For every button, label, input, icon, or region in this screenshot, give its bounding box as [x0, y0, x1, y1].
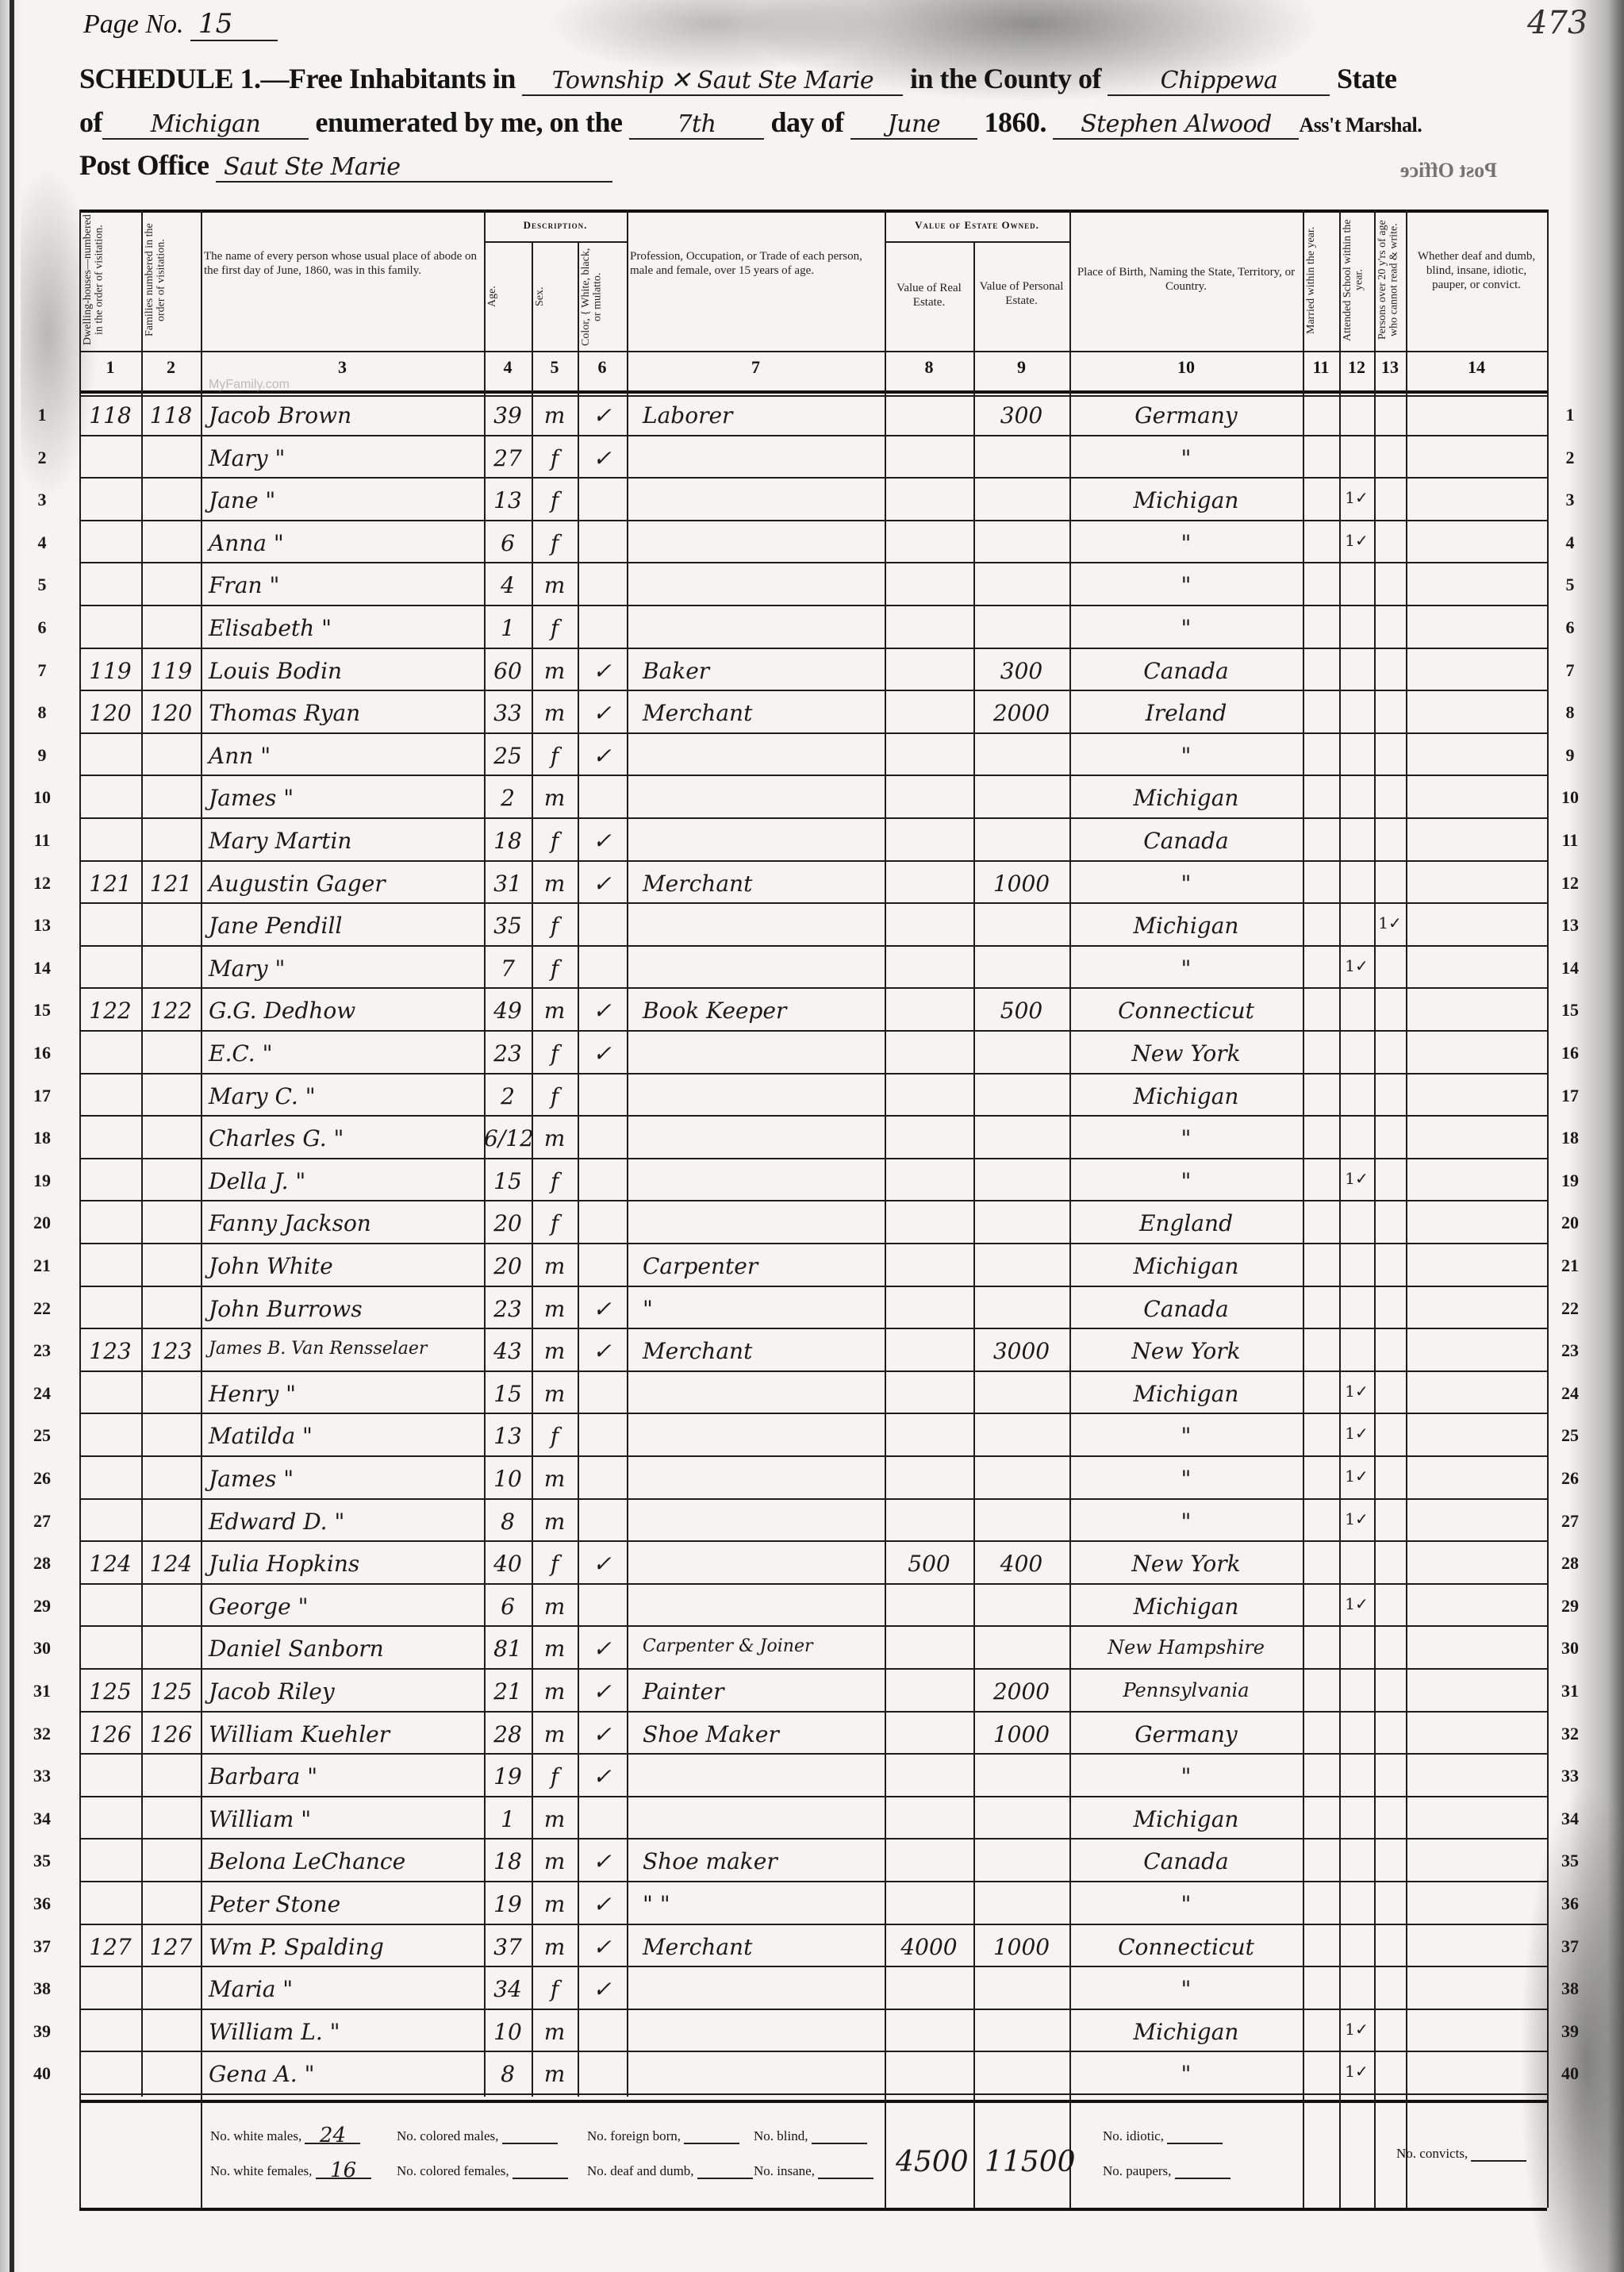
row-number-left: 37 — [29, 1936, 56, 1957]
table-row-age: 21 — [484, 1681, 532, 1703]
table-row-personal-estate-value: 500 — [973, 1000, 1069, 1022]
table-row-person-name: Jacob Brown — [209, 405, 484, 427]
table-row-person-name: Daniel Sanborn — [209, 1638, 484, 1660]
row-rule — [79, 2093, 1547, 2095]
row-number-left: 24 — [29, 1383, 56, 1404]
row-rule — [79, 1881, 1547, 1882]
row-number-right: 31 — [1557, 1681, 1584, 1701]
row-number-left: 25 — [29, 1425, 56, 1446]
table-row-age: 23 — [484, 1298, 532, 1321]
table-row-sex: m — [532, 2063, 578, 2086]
table-row-color-mark: ✓ — [578, 1893, 627, 1916]
table-row-sex: f — [532, 490, 578, 512]
table-row-color-mark: ✓ — [578, 1553, 627, 1575]
table-row-birthplace: Canada — [1069, 660, 1303, 682]
table-row-person-name: Fanny Jackson — [209, 1213, 484, 1235]
table-row-birthplace: " — [1069, 745, 1303, 767]
column-header-14: Whether deaf and dumb, blind, insane, id… — [1409, 249, 1544, 292]
row-number-left: 28 — [29, 1553, 56, 1574]
row-rule — [79, 1455, 1547, 1457]
column-number-1: 1 — [79, 357, 141, 378]
table-row-occupation: Shoe Maker — [643, 1724, 885, 1746]
real-estate-total: 4500 — [896, 2146, 969, 2178]
month-field: June — [850, 110, 977, 140]
column-rule — [1406, 210, 1407, 2097]
table-row-sex: m — [532, 575, 578, 597]
bleed-through-text: Post Office — [1400, 159, 1497, 183]
table-row-sex: f — [532, 745, 578, 767]
table-row-age: 60 — [484, 660, 532, 682]
table-row-occupation: " " — [643, 1893, 885, 1916]
table-row-age: 20 — [484, 1255, 532, 1278]
table-row-sex: f — [532, 830, 578, 852]
row-rule — [79, 1498, 1547, 1500]
table-row-person-name: William Kuehler — [209, 1724, 484, 1746]
table-row-age: 34 — [484, 1978, 532, 2001]
row-number-right: 11 — [1557, 830, 1584, 851]
body-bottom-rule — [79, 2100, 1547, 2103]
row-number-right: 37 — [1557, 1936, 1584, 1957]
row-number-right: 22 — [1557, 1298, 1584, 1319]
column-header-4: Age. — [487, 248, 528, 346]
state-label: State — [1337, 63, 1396, 94]
row-number-left: 26 — [29, 1468, 56, 1489]
table-row-dwelling-number: 126 — [79, 1724, 141, 1746]
row-rule — [79, 435, 1547, 436]
table-row-age: 8 — [484, 2063, 532, 2086]
row-number-left: 31 — [29, 1681, 56, 1701]
table-row-person-name: Gena A. " — [209, 2063, 484, 2086]
row-number-left: 4 — [29, 532, 56, 553]
table-row-birthplace: " — [1069, 1893, 1303, 1916]
table-row-person-name: Henry " — [209, 1383, 484, 1405]
column-number-5: 5 — [532, 357, 578, 378]
table-row-birthplace: Michigan — [1069, 2021, 1303, 2043]
table-row-occupation: Merchant — [643, 873, 885, 895]
row-rule — [79, 732, 1547, 734]
blind-label: No. blind, — [754, 2128, 808, 2143]
table-row-age: 31 — [484, 873, 532, 895]
table-row-person-name: Matilda " — [209, 1425, 484, 1447]
table-row-occupation: Merchant — [643, 1340, 885, 1363]
row-number-left: 21 — [29, 1255, 56, 1276]
table-row-color-mark: ✓ — [578, 1724, 627, 1746]
table-row-school-mark: 1✓ — [1339, 958, 1374, 974]
row-rule — [79, 477, 1547, 479]
column-number-12: 12 — [1339, 357, 1374, 378]
totals-column-rule — [885, 2097, 886, 2208]
totals-deaf-dumb: No. deaf and dumb, — [587, 2163, 753, 2179]
row-number-right: 38 — [1557, 1978, 1584, 1999]
column-number-6: 6 — [578, 357, 627, 378]
column-rule — [1374, 210, 1376, 2097]
row-rule — [79, 1838, 1547, 1840]
row-number-left: 22 — [29, 1298, 56, 1319]
table-row-dwelling-number: 123 — [79, 1340, 141, 1363]
blind-value — [812, 2143, 867, 2144]
table-row-birthplace: Pennsylvania — [1069, 1681, 1303, 1700]
row-rule — [79, 860, 1547, 862]
table-row-dwelling-number: 121 — [79, 873, 141, 895]
table-row-color-mark: ✓ — [578, 1766, 627, 1788]
row-number-left: 29 — [29, 1596, 56, 1617]
column-number-14: 14 — [1406, 357, 1547, 378]
totals-column-rule — [1547, 2097, 1549, 2208]
row-number-left: 38 — [29, 1978, 56, 1999]
row-number-right: 28 — [1557, 1553, 1584, 1574]
table-row-sex: m — [532, 1638, 578, 1660]
table-row-birthplace: New York — [1069, 1043, 1303, 1065]
table-row-person-name: Jane Pendill — [209, 915, 484, 937]
row-number-left: 7 — [29, 660, 56, 681]
post-office-field: Saut Ste Marie — [216, 153, 612, 183]
table-row-age: 6 — [484, 532, 532, 555]
table-row-color-mark: ✓ — [578, 745, 627, 767]
colored-females-value — [513, 2178, 568, 2179]
table-row-sex: m — [532, 1383, 578, 1405]
table-row-personal-estate-value: 300 — [973, 405, 1069, 427]
row-number-right: 2 — [1557, 448, 1584, 468]
row-number-left: 12 — [29, 873, 56, 894]
table-row-birthplace: " — [1069, 448, 1303, 470]
table-row-age: 10 — [484, 1468, 532, 1490]
table-row-dwelling-number: 120 — [79, 702, 141, 725]
table-row-person-name: James " — [209, 787, 484, 809]
row-number-left: 2 — [29, 448, 56, 468]
table-row-age: 13 — [484, 1425, 532, 1447]
table-row-birthplace: Michigan — [1069, 490, 1303, 512]
column-header-3: The name of every person whose usual pla… — [204, 249, 481, 278]
table-row-family-number: 119 — [141, 660, 201, 682]
table-row-real-estate-value: 4000 — [885, 1936, 973, 1959]
table-row-school-mark: 1✓ — [1339, 490, 1374, 506]
totals-blind: No. blind, — [754, 2128, 867, 2144]
table-row-birthplace: New Hampshire — [1069, 1638, 1303, 1657]
table-row-sex: f — [532, 1553, 578, 1575]
table-row-age: 7 — [484, 958, 532, 980]
table-row-sex: m — [532, 1596, 578, 1618]
state-field: Michigan — [102, 110, 309, 140]
row-rule — [79, 1753, 1547, 1755]
row-number-right: 5 — [1557, 575, 1584, 595]
table-row-person-name: Louis Bodin — [209, 660, 484, 682]
column-number-10: 10 — [1069, 357, 1303, 378]
table-row-color-mark: ✓ — [578, 1978, 627, 2001]
estate-group-rule — [885, 241, 1069, 243]
table-row-color-mark: ✓ — [578, 830, 627, 852]
totals-white-males: No. white males, 24 — [210, 2128, 360, 2144]
row-number-left: 36 — [29, 1893, 56, 1914]
table-row-birthplace: " — [1069, 958, 1303, 980]
row-number-left: 20 — [29, 1213, 56, 1233]
column-header-9: Value of Personal Estate. — [977, 279, 1066, 308]
insane-value — [818, 2178, 873, 2179]
table-row-sex: m — [532, 1936, 578, 1959]
totals-convicts: No. convicts, — [1396, 2146, 1526, 2162]
table-row-age: 43 — [484, 1340, 532, 1363]
table-row-color-mark: ✓ — [578, 1681, 627, 1703]
table-row-sex: m — [532, 787, 578, 809]
table-row-school-mark: 1✓ — [1339, 1596, 1374, 1612]
row-rule — [79, 1243, 1547, 1244]
table-row-occupation: Carpenter & Joiner — [643, 1638, 885, 1655]
table-row-family-number: 122 — [141, 1000, 201, 1022]
table-row-age: 6/12 — [484, 1128, 532, 1150]
table-row-birthplace: " — [1069, 1978, 1303, 2001]
table-row-dwelling-number: 125 — [79, 1681, 141, 1703]
table-row-occupation: Carpenter — [643, 1255, 885, 1278]
table-row-birthplace: " — [1069, 532, 1303, 555]
row-number-right: 9 — [1557, 745, 1584, 766]
row-number-right: 13 — [1557, 915, 1584, 936]
totals-column-rule — [973, 2097, 975, 2208]
idiotic-value — [1167, 2143, 1223, 2144]
convicts-value — [1471, 2160, 1526, 2162]
body-top-rule — [79, 395, 1547, 397]
census-table: Description.Value of Estate Owned.Dwelli… — [79, 210, 1531, 2098]
table-row-person-name: Della J. " — [209, 1171, 484, 1193]
row-rule — [79, 945, 1547, 947]
table-row-personal-estate-value: 1000 — [973, 1724, 1069, 1746]
table-row-sex: m — [532, 660, 578, 682]
totals-column-rule — [201, 2097, 202, 2208]
row-number-left: 9 — [29, 745, 56, 766]
row-rule — [79, 1115, 1547, 1117]
table-row-family-number: 126 — [141, 1724, 201, 1746]
table-row-occupation: Shoe maker — [643, 1851, 885, 1873]
table-row-age: 15 — [484, 1171, 532, 1193]
row-rule — [79, 1328, 1547, 1329]
idiotic-label: No. idiotic, — [1103, 2128, 1164, 2143]
table-row-sex: f — [532, 532, 578, 555]
row-rule — [79, 1924, 1547, 1925]
table-row-person-name: Anna " — [209, 532, 484, 555]
row-number-left: 15 — [29, 1000, 56, 1021]
marshal-label: Ass't Marshal. — [1299, 113, 1422, 136]
row-rule — [79, 1540, 1547, 1542]
table-row-age: 39 — [484, 405, 532, 427]
row-number-right: 8 — [1557, 702, 1584, 723]
table-row-person-name: G.G. Dedhow — [209, 1000, 484, 1022]
table-row-sex: m — [532, 1000, 578, 1022]
table-row-age: 20 — [484, 1213, 532, 1235]
binding-rule — [10, 0, 14, 2272]
row-rule — [79, 1668, 1547, 1670]
table-row-dwelling-number: 122 — [79, 1000, 141, 1022]
row-number-left: 16 — [29, 1043, 56, 1063]
row-number-right: 35 — [1557, 1851, 1584, 1871]
row-rule — [79, 1625, 1547, 1627]
column-rule — [973, 241, 975, 2097]
table-row-birthplace: Michigan — [1069, 1086, 1303, 1108]
row-rule — [79, 520, 1547, 521]
totals-colored-males: No. colored males, — [397, 2128, 558, 2144]
column-number-4: 4 — [484, 357, 532, 378]
column-header-10: Place of Birth, Naming the State, Territ… — [1073, 265, 1300, 294]
table-row-age: 1 — [484, 617, 532, 640]
table-row-sex: m — [532, 1468, 578, 1490]
table-row-school-mark: 1✓ — [1339, 1171, 1374, 1186]
row-number-right: 21 — [1557, 1255, 1584, 1276]
table-row-birthplace: " — [1069, 1511, 1303, 1533]
table-row-personal-estate-value: 300 — [973, 660, 1069, 682]
table-row-person-name: Charles G. " — [209, 1128, 484, 1150]
row-rule — [79, 1200, 1547, 1201]
column-header-2: Families numbered in the order of visita… — [144, 214, 198, 346]
totals-colored-females: No. colored females, — [397, 2163, 568, 2179]
row-rule — [79, 2051, 1547, 2052]
row-rule — [79, 987, 1547, 989]
post-office-line: Post Office Saut Ste Marie — [79, 148, 612, 183]
table-row-birthplace: " — [1069, 575, 1303, 597]
table-row-person-name: Mary Martin — [209, 830, 484, 852]
row-number-right: 20 — [1557, 1213, 1584, 1233]
row-number-left: 35 — [29, 1851, 56, 1871]
totals-idiotic: No. idiotic, — [1103, 2128, 1223, 2144]
table-row-sex: f — [532, 448, 578, 470]
table-row-color-mark: ✓ — [578, 405, 627, 427]
table-row-color-mark: ✓ — [578, 1638, 627, 1660]
table-row-family-number: 127 — [141, 1936, 201, 1959]
column-rule — [627, 210, 628, 2097]
row-number-right: 6 — [1557, 617, 1584, 638]
table-row-birthplace: Michigan — [1069, 1596, 1303, 1618]
table-row-age: 10 — [484, 2021, 532, 2043]
table-row-age: 4 — [484, 575, 532, 597]
table-row-birthplace: " — [1069, 1171, 1303, 1193]
header-bottom-rule — [79, 390, 1547, 394]
row-rule — [79, 1030, 1547, 1032]
page-number-label: Page No. — [83, 10, 184, 39]
row-number-right: 16 — [1557, 1043, 1584, 1063]
row-rule — [79, 902, 1547, 904]
table-row-sex: m — [532, 1255, 578, 1278]
table-row-age: 1 — [484, 1809, 532, 1831]
colored-females-label: No. colored females, — [397, 2163, 509, 2178]
table-row-birthplace: Canada — [1069, 830, 1303, 852]
row-number-left: 27 — [29, 1511, 56, 1532]
row-number-right: 27 — [1557, 1511, 1584, 1532]
table-row-person-name: George " — [209, 1596, 484, 1618]
column-number-9: 9 — [973, 357, 1069, 378]
row-rule — [79, 605, 1547, 606]
table-row-family-number: 121 — [141, 873, 201, 895]
table-row-person-name: Ann " — [209, 745, 484, 767]
column-header-13: Persons over 20 y'rs of age who cannot r… — [1377, 214, 1403, 346]
table-row-occupation: Painter — [643, 1681, 885, 1703]
colored-males-value — [502, 2143, 558, 2144]
table-row-school-mark: 1✓ — [1339, 532, 1374, 548]
paupers-value — [1175, 2178, 1230, 2179]
table-row-sex: m — [532, 1511, 578, 1533]
table-row-birthplace: Ireland — [1069, 702, 1303, 725]
day-of-label: day of — [770, 106, 843, 138]
table-row-person-name: John Burrows — [209, 1298, 484, 1321]
table-row-age: 35 — [484, 915, 532, 937]
description-group-rule — [484, 241, 627, 243]
totals-insane: No. insane, — [754, 2163, 873, 2179]
table-row-color-mark: ✓ — [578, 1851, 627, 1873]
table-row-person-name: William " — [209, 1809, 484, 1831]
table-row-family-number: 124 — [141, 1553, 201, 1575]
table-row-personal-estate-value: 400 — [973, 1553, 1069, 1575]
row-number-left: 8 — [29, 702, 56, 723]
table-row-age: 49 — [484, 1000, 532, 1022]
row-number-right: 3 — [1557, 490, 1584, 510]
row-number-left: 19 — [29, 1171, 56, 1191]
table-row-color-mark: ✓ — [578, 1298, 627, 1321]
column-number-8: 8 — [885, 357, 973, 378]
table-row-family-number: 118 — [141, 405, 201, 427]
row-rule — [79, 1158, 1547, 1159]
table-row-person-name: William L. " — [209, 2021, 484, 2043]
totals-left-rule — [79, 2097, 81, 2208]
county-label: in the County of — [910, 63, 1101, 94]
row-rule — [79, 1286, 1547, 1287]
table-row-person-name: James B. Van Rensselaer — [209, 1340, 484, 1358]
table-row-sex: m — [532, 1340, 578, 1363]
table-row-color-mark: ✓ — [578, 660, 627, 682]
county-field: Chippewa — [1108, 67, 1330, 96]
table-row-birthplace: Michigan — [1069, 1383, 1303, 1405]
marshal-field: Stephen Alwood — [1053, 110, 1299, 140]
page-number: 15 — [190, 8, 278, 41]
row-rule — [79, 775, 1547, 776]
table-row-birthplace: " — [1069, 1766, 1303, 1788]
row-number-left: 34 — [29, 1809, 56, 1829]
table-row-occupation: " — [643, 1298, 885, 1321]
table-row-birthplace: Michigan — [1069, 915, 1303, 937]
table-row-age: 2 — [484, 1086, 532, 1108]
foreign-born-label: No. foreign born, — [587, 2128, 681, 2143]
table-row-personal-estate-value: 2000 — [973, 1681, 1069, 1703]
white-females-value: 16 — [316, 2163, 371, 2179]
table-bottom-rule — [79, 2208, 1547, 2211]
table-row-birthplace: " — [1069, 617, 1303, 640]
table-row-sex: m — [532, 702, 578, 725]
column-rule — [201, 210, 202, 2097]
row-rule — [79, 562, 1547, 563]
table-row-dwelling-number: 118 — [79, 405, 141, 427]
row-rule — [79, 690, 1547, 691]
table-row-sex: f — [532, 1171, 578, 1193]
table-row-person-name: John White — [209, 1255, 484, 1278]
column-header-7: Profession, Occupation, or Trade of each… — [630, 249, 881, 278]
white-males-label: No. white males, — [210, 2128, 301, 2143]
column-header-12: Attended School within the year. — [1342, 214, 1371, 346]
table-row-sex: f — [532, 1086, 578, 1108]
table-row-sex: f — [532, 1425, 578, 1447]
column-header-8: Value of Real Estate. — [888, 281, 970, 309]
deaf-dumb-value — [697, 2178, 753, 2179]
table-row-sex: f — [532, 915, 578, 937]
table-row-real-estate-value: 500 — [885, 1553, 973, 1575]
row-number-right: 26 — [1557, 1468, 1584, 1489]
column-header-5: Sex. — [535, 248, 574, 346]
enumerated-label: enumerated by me, on the — [316, 106, 623, 138]
table-row-person-name: Thomas Ryan — [209, 702, 484, 725]
table-row-sex: m — [532, 1851, 578, 1873]
row-rule — [79, 1413, 1547, 1414]
table-row-age: 81 — [484, 1638, 532, 1660]
paupers-label: No. paupers, — [1103, 2163, 1171, 2178]
stamp-number: 473 — [1527, 5, 1588, 41]
table-row-birthplace: Connecticut — [1069, 1000, 1303, 1022]
white-females-label: No. white females, — [210, 2163, 312, 2178]
table-row-color-mark: ✓ — [578, 448, 627, 470]
row-number-left: 14 — [29, 958, 56, 978]
table-row-birthplace: " — [1069, 1468, 1303, 1490]
